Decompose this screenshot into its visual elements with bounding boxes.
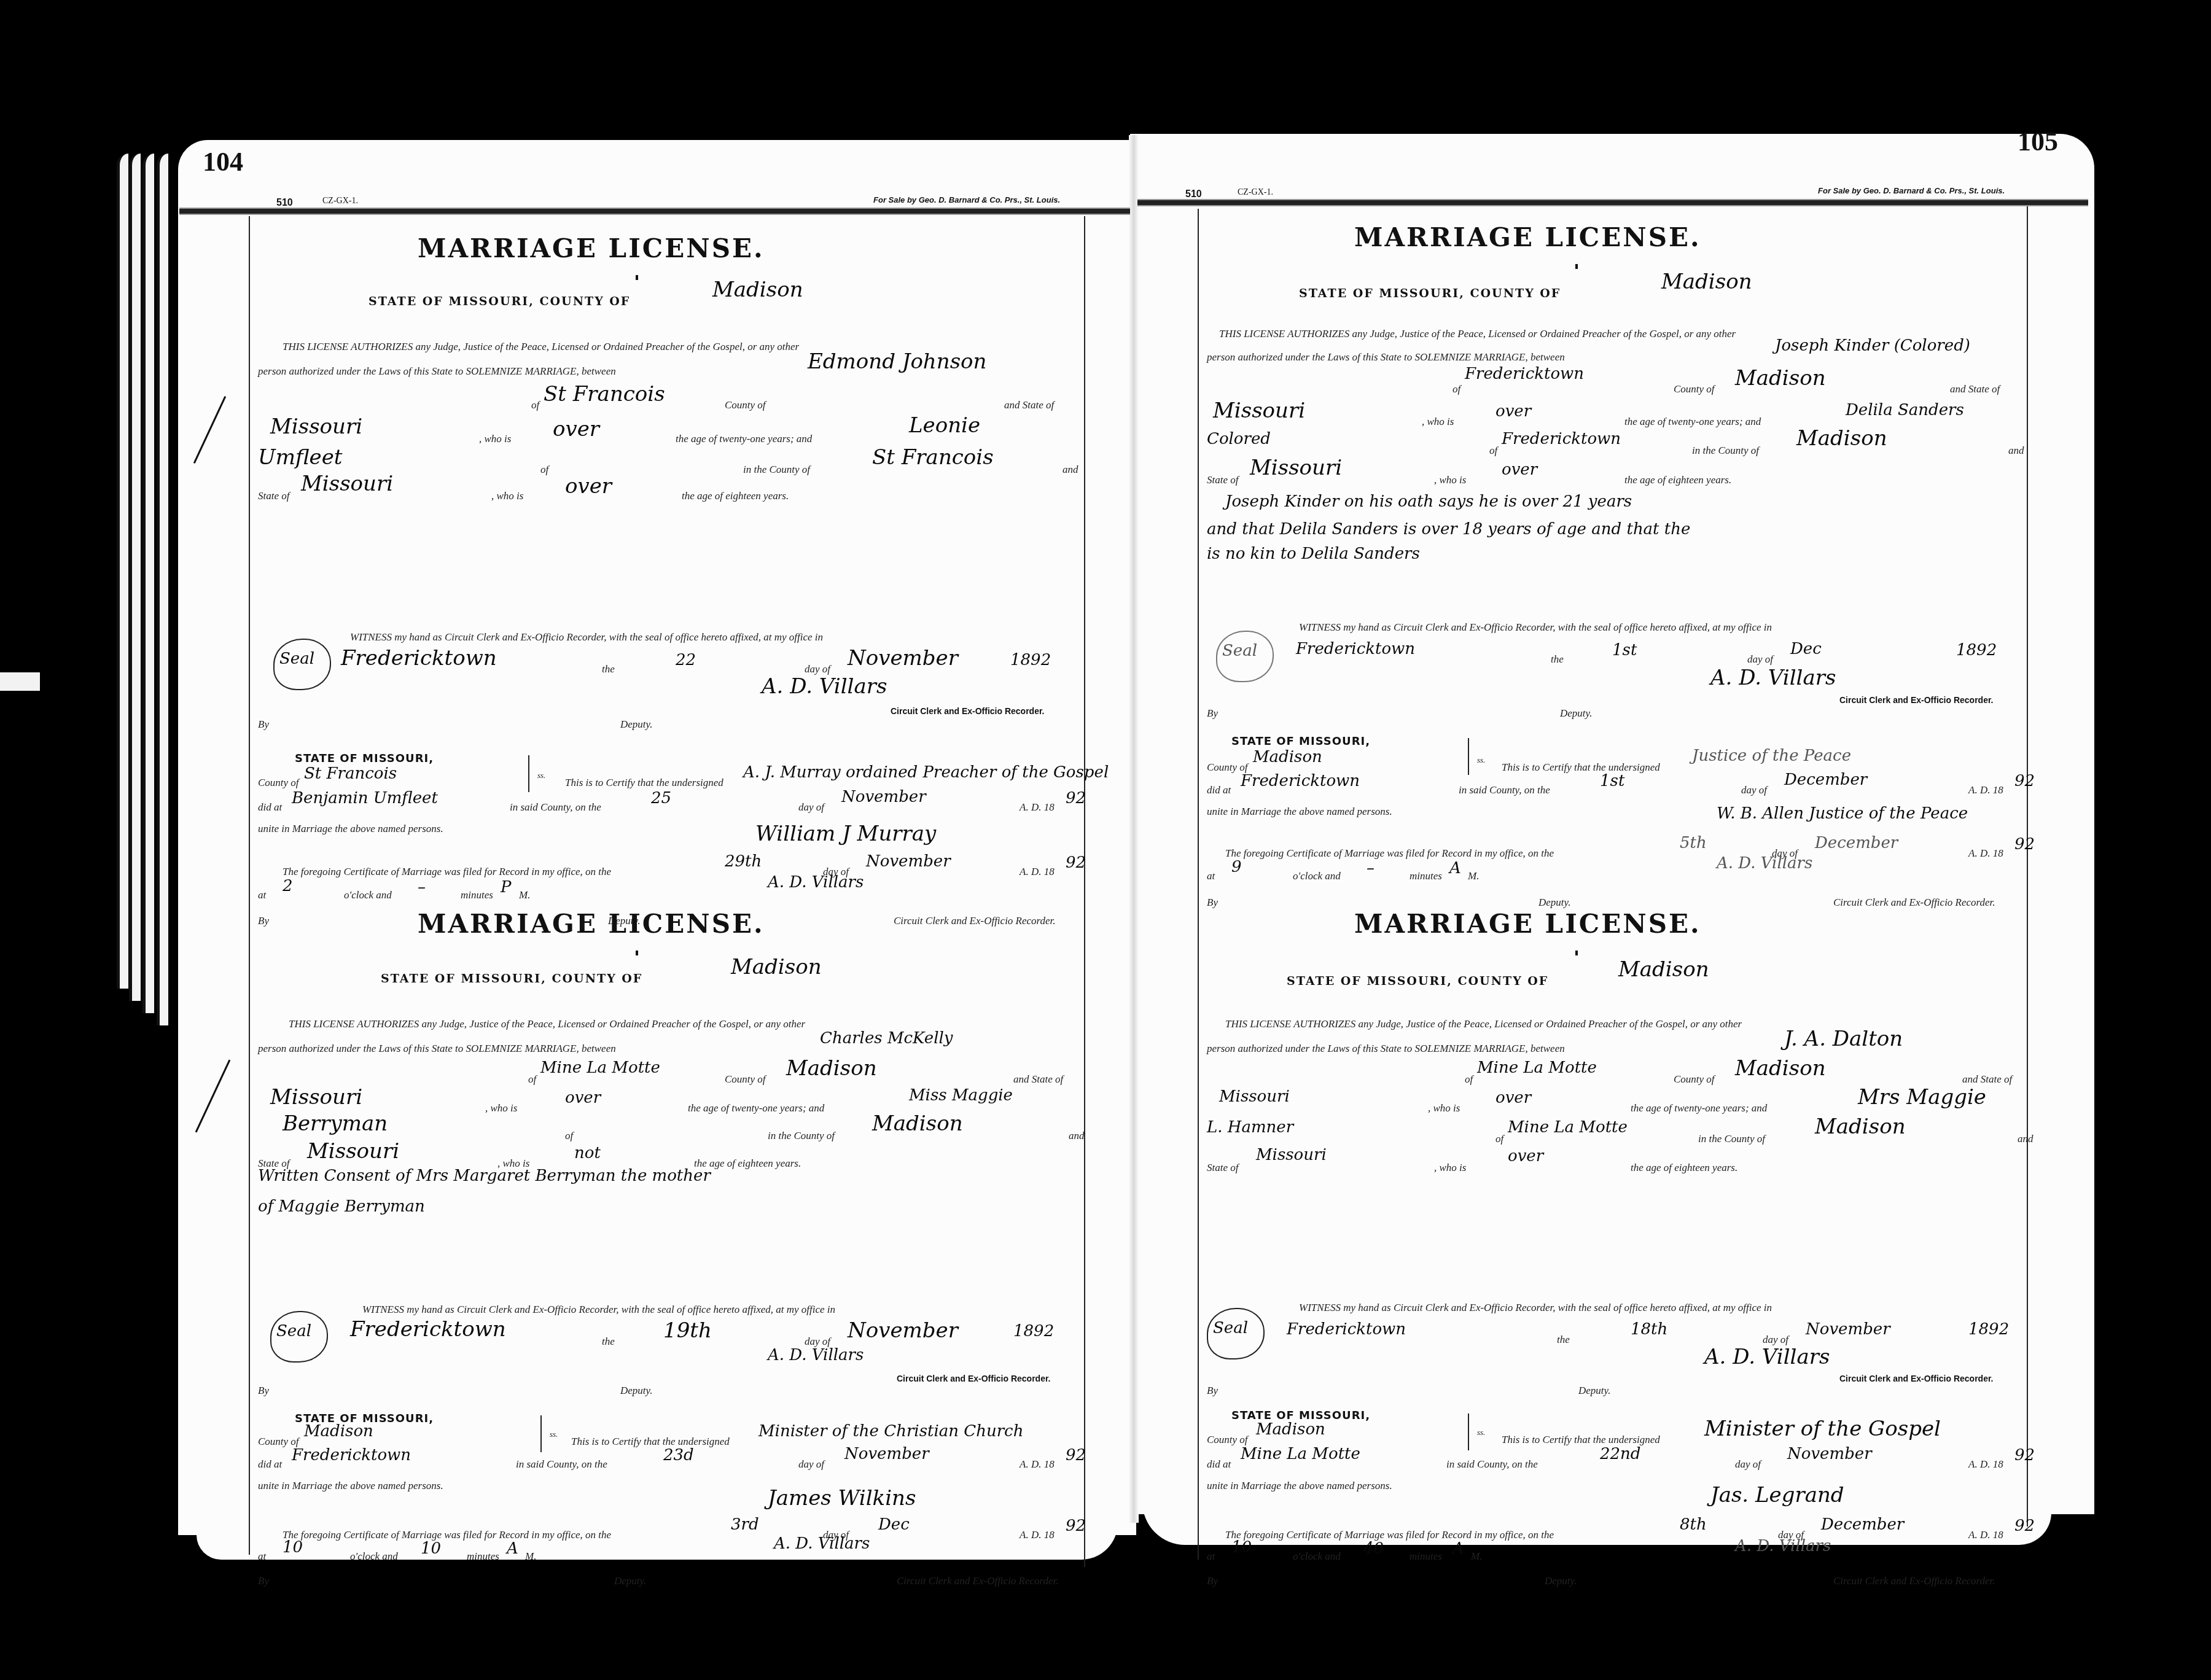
witness-day: 18th (1631, 1320, 1667, 1339)
filed-meridiem: P (501, 878, 512, 896)
license-county: Madison (712, 278, 803, 302)
clerk-title: Circuit Clerk and Ex-Officio Recorder. (897, 1374, 1051, 1383)
officiant-signature: James Wilkins (768, 1486, 916, 1511)
bride-age: over (565, 474, 612, 499)
clerk-title: Circuit Clerk and Ex-Officio Recorder. (1839, 695, 1994, 705)
label-ad: A. D. 18 (1968, 847, 2003, 860)
filed-year: 92 (1066, 854, 1086, 872)
groom-state: Missouri (270, 1085, 362, 1110)
seal-mark: Seal (1216, 631, 1274, 682)
groom-county: Madison (1735, 1056, 1826, 1081)
filed-text: The foregoing Certificate of Marriage wa… (283, 866, 611, 878)
brace (1468, 738, 1475, 775)
label-and: and (1069, 1130, 1085, 1142)
label-of: of (528, 1073, 536, 1086)
label-and-state-of: and State of (1004, 399, 1054, 411)
left-form-code: CZ-GX-1. (322, 196, 358, 206)
book-page-edge (117, 154, 128, 989)
book-page-edge (129, 154, 141, 1001)
label-did-at: did at (1207, 1458, 1231, 1471)
label-who-is: , who is (485, 1102, 517, 1114)
left-printer-line: For Sale by Geo. D. Barnard & Co. Prs., … (873, 195, 1060, 204)
brace (1468, 1414, 1475, 1450)
label-age-21: the age of twenty-one years; and (676, 433, 812, 445)
groom-residence: St Francois (544, 382, 665, 406)
bride-last-name: Umfleet (258, 445, 342, 470)
bride-state: Missouri (301, 472, 393, 496)
cert-county: Madison (304, 1422, 373, 1441)
label-state-of: State of (1207, 474, 1238, 486)
filed-hour: 10 (1231, 1538, 1252, 1557)
clerk-signature: A. D. Villars (1704, 1345, 1830, 1369)
filed-meridiem: A (507, 1539, 518, 1558)
license-title: MARRIAGE LICENSE. (1354, 222, 1701, 252)
filed-minutes: 40 (1363, 1539, 1384, 1558)
right-printer-line: For Sale by Geo. D. Barnard & Co. Prs., … (1818, 186, 2005, 195)
label-ad: A. D. 18 (1968, 1458, 2003, 1471)
state-county-label: STATE OF MISSOURI, COUNTY OF (1299, 287, 1561, 300)
groom-name: Joseph Kinder (Colored) (1775, 336, 1970, 355)
groom-residence: Mine La Motte (1477, 1059, 1597, 1077)
label-and-state-of: and State of (1950, 383, 2000, 395)
filed-day: 3rd (731, 1515, 759, 1534)
label-by: By (258, 915, 269, 927)
license-note-line: Joseph Kinder on his oath says he is ove… (1225, 492, 1632, 511)
cert-month: November (844, 1445, 929, 1463)
witness-place: Fredericktown (341, 646, 497, 671)
label-certify: This is to Certify that the undersigned (1502, 761, 1660, 774)
label-oclock: o'clock and (1293, 1550, 1341, 1563)
label-state-of: State of (258, 490, 289, 502)
label-day-of: day of (805, 663, 830, 675)
witness-year: 1892 (1013, 1322, 1054, 1340)
groom-name: J. A. Dalton (1784, 1027, 1903, 1051)
filed-month: November (866, 852, 951, 871)
filed-hour: 9 (1231, 858, 1242, 876)
bride-residence: Mine La Motte (1508, 1118, 1628, 1137)
label-ss: ss. (550, 1429, 558, 1439)
label-age-18: the age of eighteen years. (682, 490, 789, 502)
label-county-of: County of (725, 399, 766, 411)
label-in-county-of: in the County of (1698, 1133, 1765, 1145)
bride-county: St Francois (872, 445, 994, 470)
label-day-of: day of (798, 1458, 824, 1471)
ornament-dot (1575, 951, 1578, 955)
clerk-title: Circuit Clerk and Ex-Officio Recorder. (894, 915, 1056, 927)
state-county-label: STATE OF MISSOURI, COUNTY OF (1287, 974, 1548, 988)
cert-year: 92 (2014, 772, 2035, 790)
clerk-signature: A. D. Villars (1710, 666, 1836, 690)
unite-text: unite in Marriage the above named person… (258, 1480, 443, 1492)
filed-month: Dec (878, 1515, 910, 1534)
witness-text: WITNESS my hand as Circuit Clerk and Ex-… (1299, 621, 1772, 634)
label-oclock: o'clock and (344, 889, 392, 901)
label-by: By (1207, 1385, 1218, 1397)
license-note-line: of Maggie Berryman (258, 1197, 425, 1216)
filed-year: 92 (2014, 835, 2035, 854)
label-by: By (258, 718, 269, 731)
label-certify: This is to Certify that the undersigned (565, 777, 723, 789)
ornament-dot (636, 951, 638, 955)
cert-officiant: Justice of the Peace (1692, 747, 1851, 765)
label-in-said-county: in said County, on the (1459, 784, 1550, 796)
label-deputy: Deputy. (1578, 1385, 1610, 1397)
witness-place: Fredericktown (350, 1317, 506, 1342)
label-ss: ss. (1477, 1428, 1485, 1437)
clerk-title: Circuit Clerk and Ex-Officio Recorder. (1833, 1575, 1995, 1587)
ornament-dot (636, 275, 638, 280)
groom-name: Charles McKelly (820, 1029, 953, 1048)
brace (540, 1415, 548, 1452)
label-age-21: the age of twenty-one years; and (688, 1102, 824, 1114)
label-day-of: day of (1735, 1458, 1761, 1471)
label-oclock: o'clock and (1293, 870, 1341, 882)
clerk-title: Circuit Clerk and Ex-Officio Recorder. (1833, 896, 1995, 909)
filed-hour: 10 (283, 1538, 303, 1557)
label-m: M. (525, 1550, 536, 1563)
label-oclock: o'clock and (350, 1550, 398, 1563)
label-deputy: Deputy. (620, 718, 652, 731)
cert-officiant: Minister of the Christian Church (758, 1422, 1023, 1441)
label-of: of (531, 399, 539, 411)
cert-county: Madison (1256, 1420, 1325, 1439)
filed-signature: A. D. Villars (774, 1534, 870, 1553)
authorizes-line-1: THIS LICENSE AUTHORIZES any Judge, Justi… (289, 1018, 805, 1030)
label-deputy: Deputy. (1560, 707, 1592, 720)
label-day-of: day of (1747, 653, 1773, 666)
unite-text: unite in Marriage the above named person… (258, 823, 443, 835)
label-at: at (258, 889, 266, 901)
label-who-is: , who is (1434, 474, 1466, 486)
filed-signature: A. D. Villars (1735, 1537, 1831, 1555)
label-in-said-county: in said County, on the (510, 801, 601, 814)
bride-state: Missouri (1250, 456, 1342, 480)
label-age-21: the age of twenty-one years; and (1631, 1102, 1767, 1114)
cert-place: Mine La Motte (1241, 1445, 1360, 1463)
bride-age: not (574, 1144, 601, 1162)
filed-month: December (1821, 1515, 1904, 1534)
witness-year: 1892 (1956, 641, 1997, 659)
label-in-said-county: in said County, on the (1446, 1458, 1538, 1471)
label-minutes: minutes (1410, 1550, 1442, 1563)
label-by: By (258, 1575, 269, 1587)
witness-year: 1892 (1010, 651, 1051, 669)
clerk-title: Circuit Clerk and Ex-Officio Recorder. (1839, 1374, 1994, 1383)
filed-year: 92 (1066, 1517, 1086, 1535)
groom-age: over (565, 1089, 601, 1107)
unite-text: unite in Marriage the above named person… (1207, 1480, 1392, 1492)
filed-minutes: – (1367, 859, 1375, 877)
label-in-county-of: in the County of (1692, 445, 1759, 457)
bride-last-name: Berryman (283, 1111, 388, 1136)
label-age-21: the age of twenty-one years; and (1624, 416, 1761, 428)
seal-mark: Seal (270, 1311, 328, 1363)
bride-first-name: Miss Maggie (909, 1086, 1013, 1105)
label-deputy: Deputy. (1538, 896, 1570, 909)
label-m: M. (1468, 870, 1479, 882)
filed-meridiem: A (1453, 1539, 1464, 1558)
clerk-signature: A. D. Villars (768, 1346, 864, 1364)
authorizes-line-2: person authorized under the Laws of this… (1207, 1043, 1565, 1055)
label-by: By (1207, 896, 1218, 909)
officiant-signature: Jas. Legrand (1710, 1483, 1844, 1507)
label-m: M. (1471, 1550, 1482, 1563)
witness-day: 19th (663, 1318, 712, 1343)
groom-age: over (553, 417, 599, 441)
label-at: at (1207, 1550, 1215, 1563)
seal-mark: Seal (273, 639, 331, 690)
bride-last-name: L. Hamner (1207, 1118, 1293, 1137)
filed-signature: A. D. Villars (768, 873, 864, 892)
officiant-signature: William J Murray (755, 822, 936, 846)
left-right-rule (1084, 216, 1085, 1567)
label-minutes: minutes (461, 889, 493, 901)
cert-year: 92 (1066, 1446, 1086, 1464)
label-the: the (1557, 1334, 1570, 1346)
label-who-is: , who is (491, 490, 523, 502)
label-of: of (565, 1130, 573, 1142)
label-certify: This is to Certify that the undersigned (1502, 1434, 1660, 1446)
right-page-number: 105 (2018, 126, 2058, 157)
authorizes-line-1: THIS LICENSE AUTHORIZES any Judge, Justi… (1219, 328, 1736, 340)
label-did-at: did at (258, 801, 282, 814)
ornament-dot (1575, 264, 1578, 269)
label-who-is: , who is (1434, 1162, 1466, 1174)
officiant-signature: W. B. Allen Justice of the Peace (1717, 804, 1968, 823)
bride-county: Madison (1815, 1114, 1906, 1139)
clerk-signature: A. D. Villars (762, 674, 887, 699)
label-by: By (1207, 1575, 1218, 1587)
filed-minutes: – (418, 878, 426, 896)
brace (528, 755, 536, 792)
label-ss: ss. (537, 771, 545, 780)
filed-day: 29th (725, 852, 762, 871)
cert-day: 22nd (1600, 1445, 1640, 1463)
label-of: of (540, 464, 548, 476)
cert-place: Fredericktown (292, 1446, 411, 1464)
label-m: M. (519, 889, 530, 901)
groom-state: Missouri (1219, 1087, 1290, 1106)
label-by: By (1207, 707, 1218, 720)
label-state-of: State of (1207, 1162, 1238, 1174)
license-note-line: Written Consent of Mrs Margaret Berryman… (258, 1167, 711, 1185)
authorizes-line-2: person authorized under the Laws of this… (1207, 351, 1565, 364)
right-header-rule (1137, 199, 2088, 206)
authorizes-line-2: person authorized under the Laws of this… (258, 365, 616, 378)
label-and: and (2008, 445, 2024, 457)
state-county-label: STATE OF MISSOURI, COUNTY OF (368, 295, 630, 308)
label-in-county-of: in the County of (743, 464, 810, 476)
filed-day: 5th (1680, 834, 1707, 852)
left-page-number: 104 (203, 146, 243, 177)
label-county-of: County of (1674, 383, 1715, 395)
label-and-state-of: and State of (1962, 1073, 2012, 1086)
label-minutes: minutes (1410, 870, 1442, 882)
label-and-state-of: and State of (1013, 1073, 1063, 1086)
license-county: Madison (1661, 270, 1752, 294)
cert-county: Madison (1253, 748, 1322, 766)
label-in-county-of: in the County of (768, 1130, 835, 1142)
label-deputy: Deputy. (1545, 1575, 1577, 1587)
label-did-at: did at (258, 1458, 282, 1471)
label-age-18: the age of eighteen years. (1631, 1162, 1737, 1174)
license-county: Madison (731, 955, 822, 979)
label-at: at (1207, 870, 1215, 882)
witness-month: November (848, 1318, 958, 1343)
book-gutter (1129, 135, 1139, 1523)
label-cert-county-of: County of (1207, 1434, 1248, 1446)
witness-month: November (848, 646, 958, 671)
right-margin-rule (1198, 209, 1199, 1560)
cert-year: 92 (1066, 789, 1086, 807)
witness-month: Dec (1790, 640, 1822, 658)
clerk-title: Circuit Clerk and Ex-Officio Recorder. (897, 1575, 1059, 1587)
label-cert-county-of: County of (258, 777, 299, 789)
clerk-title: Circuit Clerk and Ex-Officio Recorder. (891, 706, 1045, 716)
label-who-is: , who is (479, 433, 511, 445)
label-who-is: , who is (1422, 416, 1454, 428)
witness-year: 1892 (1968, 1320, 2009, 1339)
label-the: the (602, 1336, 615, 1348)
cert-month: November (1787, 1445, 1872, 1463)
unite-text: unite in Marriage the above named person… (1207, 806, 1392, 818)
groom-name: Edmond Johnson (808, 349, 986, 374)
right-form-code: CZ-GX-1. (1238, 188, 1273, 198)
license-title: MARRIAGE LICENSE. (418, 233, 765, 263)
filed-month: December (1815, 834, 1898, 852)
bride-county: Madison (1796, 426, 1887, 451)
filed-text: The foregoing Certificate of Marriage wa… (1225, 1529, 1554, 1541)
label-the: the (602, 663, 615, 675)
label-ad: A. D. 18 (1020, 1529, 1055, 1541)
book-page-edge (157, 154, 168, 1025)
scanner-marker (0, 672, 40, 691)
filed-day: 8th (1680, 1515, 1707, 1534)
certificate-state: STATE OF MISSOURI, (1231, 735, 1370, 748)
groom-state: Missouri (270, 414, 362, 439)
filed-minutes: 10 (421, 1539, 441, 1558)
label-the: the (1551, 653, 1564, 666)
authorizes-line-1: THIS LICENSE AUTHORIZES any Judge, Justi… (1225, 1018, 1742, 1030)
witness-text: WITNESS my hand as Circuit Clerk and Ex-… (1299, 1302, 1772, 1314)
right-right-rule (2027, 206, 2028, 1526)
authorizes-line-2: person authorized under the Laws of this… (258, 1043, 616, 1055)
certificate-state: STATE OF MISSOURI, (295, 752, 434, 765)
label-at: at (258, 1550, 266, 1563)
bride-age: over (1508, 1147, 1543, 1165)
label-of: of (1489, 445, 1497, 457)
witness-day: 1st (1612, 641, 1637, 659)
label-ss: ss. (1477, 755, 1485, 765)
label-and: and (1063, 464, 1078, 476)
witness-place: Fredericktown (1287, 1320, 1406, 1339)
cert-month: December (1784, 771, 1867, 789)
label-of: of (1465, 1073, 1473, 1086)
bride-first-name: Mrs Maggie (1858, 1085, 1986, 1110)
bride-state: Missouri (1256, 1146, 1327, 1164)
label-ad: A. D. 18 (1020, 1458, 1055, 1471)
cert-year: 92 (2014, 1446, 2035, 1464)
label-day-of: day of (1763, 1334, 1788, 1346)
groom-county: Madison (1735, 366, 1826, 391)
authorizes-line-1: THIS LICENSE AUTHORIZES any Judge, Justi… (283, 341, 799, 353)
label-ad: A. D. 18 (1020, 801, 1055, 814)
label-and: and (2018, 1133, 2034, 1145)
bride-age: over (1502, 461, 1537, 479)
cert-day: 23d (663, 1446, 694, 1464)
cert-month: November (841, 788, 926, 806)
bride-first-name: Delila Sanders (1846, 401, 1964, 419)
seal-mark: Seal (1207, 1308, 1265, 1359)
groom-residence: Fredericktown (1465, 365, 1584, 383)
filed-year: 92 (2014, 1517, 2035, 1535)
label-who-is: , who is (1428, 1102, 1460, 1114)
label-age-18: the age of eighteen years. (1624, 474, 1731, 486)
label-certify: This is to Certify that the undersigned (571, 1436, 730, 1448)
cert-day: 25 (651, 789, 671, 807)
groom-age: over (1495, 402, 1531, 421)
label-ad: A. D. 18 (1020, 866, 1055, 878)
bride-county: Madison (872, 1111, 963, 1136)
filed-hour: 2 (283, 877, 293, 895)
bride-first-name: Leonie (909, 413, 980, 438)
label-ad: A. D. 18 (1968, 1529, 2003, 1541)
witness-text: WITNESS my hand as Circuit Clerk and Ex-… (350, 631, 823, 644)
label-by: By (258, 1385, 269, 1397)
witness-day: 22 (676, 651, 696, 669)
label-did-at: did at (1207, 784, 1231, 796)
label-deputy: Deputy. (620, 1385, 652, 1397)
cert-officiant: A. J. Murray ordained Preacher of the Go… (743, 763, 1109, 782)
groom-state: Missouri (1213, 399, 1305, 423)
witness-place: Fredericktown (1296, 640, 1415, 658)
cert-place: Benjamin Umfleet (292, 789, 438, 807)
filed-meridiem: A (1449, 859, 1461, 877)
filed-text: The foregoing Certificate of Marriage wa… (283, 1529, 611, 1541)
witness-month: November (1806, 1320, 1890, 1339)
label-deputy: Deputy. (614, 1575, 646, 1587)
groom-age: over (1495, 1089, 1531, 1107)
label-minutes: minutes (467, 1550, 499, 1563)
book-page-edge (142, 154, 154, 1013)
cert-county: St Francois (304, 764, 397, 783)
bride-state: Missouri (307, 1139, 399, 1164)
bride-last-name: Colored (1207, 430, 1271, 448)
label-in-said-county: in said County, on the (516, 1458, 607, 1471)
groom-residence: Mine La Motte (540, 1059, 660, 1077)
cert-officiant: Minister of the Gospel (1704, 1417, 1941, 1441)
witness-text: WITNESS my hand as Circuit Clerk and Ex-… (362, 1304, 835, 1316)
cert-day: 1st (1600, 772, 1624, 790)
state-county-label: STATE OF MISSOURI, COUNTY OF (381, 972, 642, 986)
license-title: MARRIAGE LICENSE. (1354, 909, 1701, 939)
label-of: of (1453, 383, 1460, 395)
license-county: Madison (1618, 957, 1709, 982)
filed-text: The foregoing Certificate of Marriage wa… (1225, 847, 1554, 860)
label-day-of: day of (1741, 784, 1767, 796)
license-note-line: is no kin to Delila Sanders (1207, 545, 1420, 563)
cert-place: Fredericktown (1241, 772, 1360, 790)
label-county-of: County of (1674, 1073, 1715, 1086)
left-header-rule (179, 208, 1130, 215)
license-note-line: and that Delila Sanders is over 18 years… (1207, 520, 1690, 539)
label-county-of: County of (725, 1073, 766, 1086)
left-margin-rule (249, 216, 250, 1555)
license-title: MARRIAGE LICENSE. (418, 909, 765, 939)
bride-residence: Fredericktown (1502, 430, 1621, 448)
label-day-of: day of (798, 801, 824, 814)
label-ad: A. D. 18 (1968, 784, 2003, 796)
